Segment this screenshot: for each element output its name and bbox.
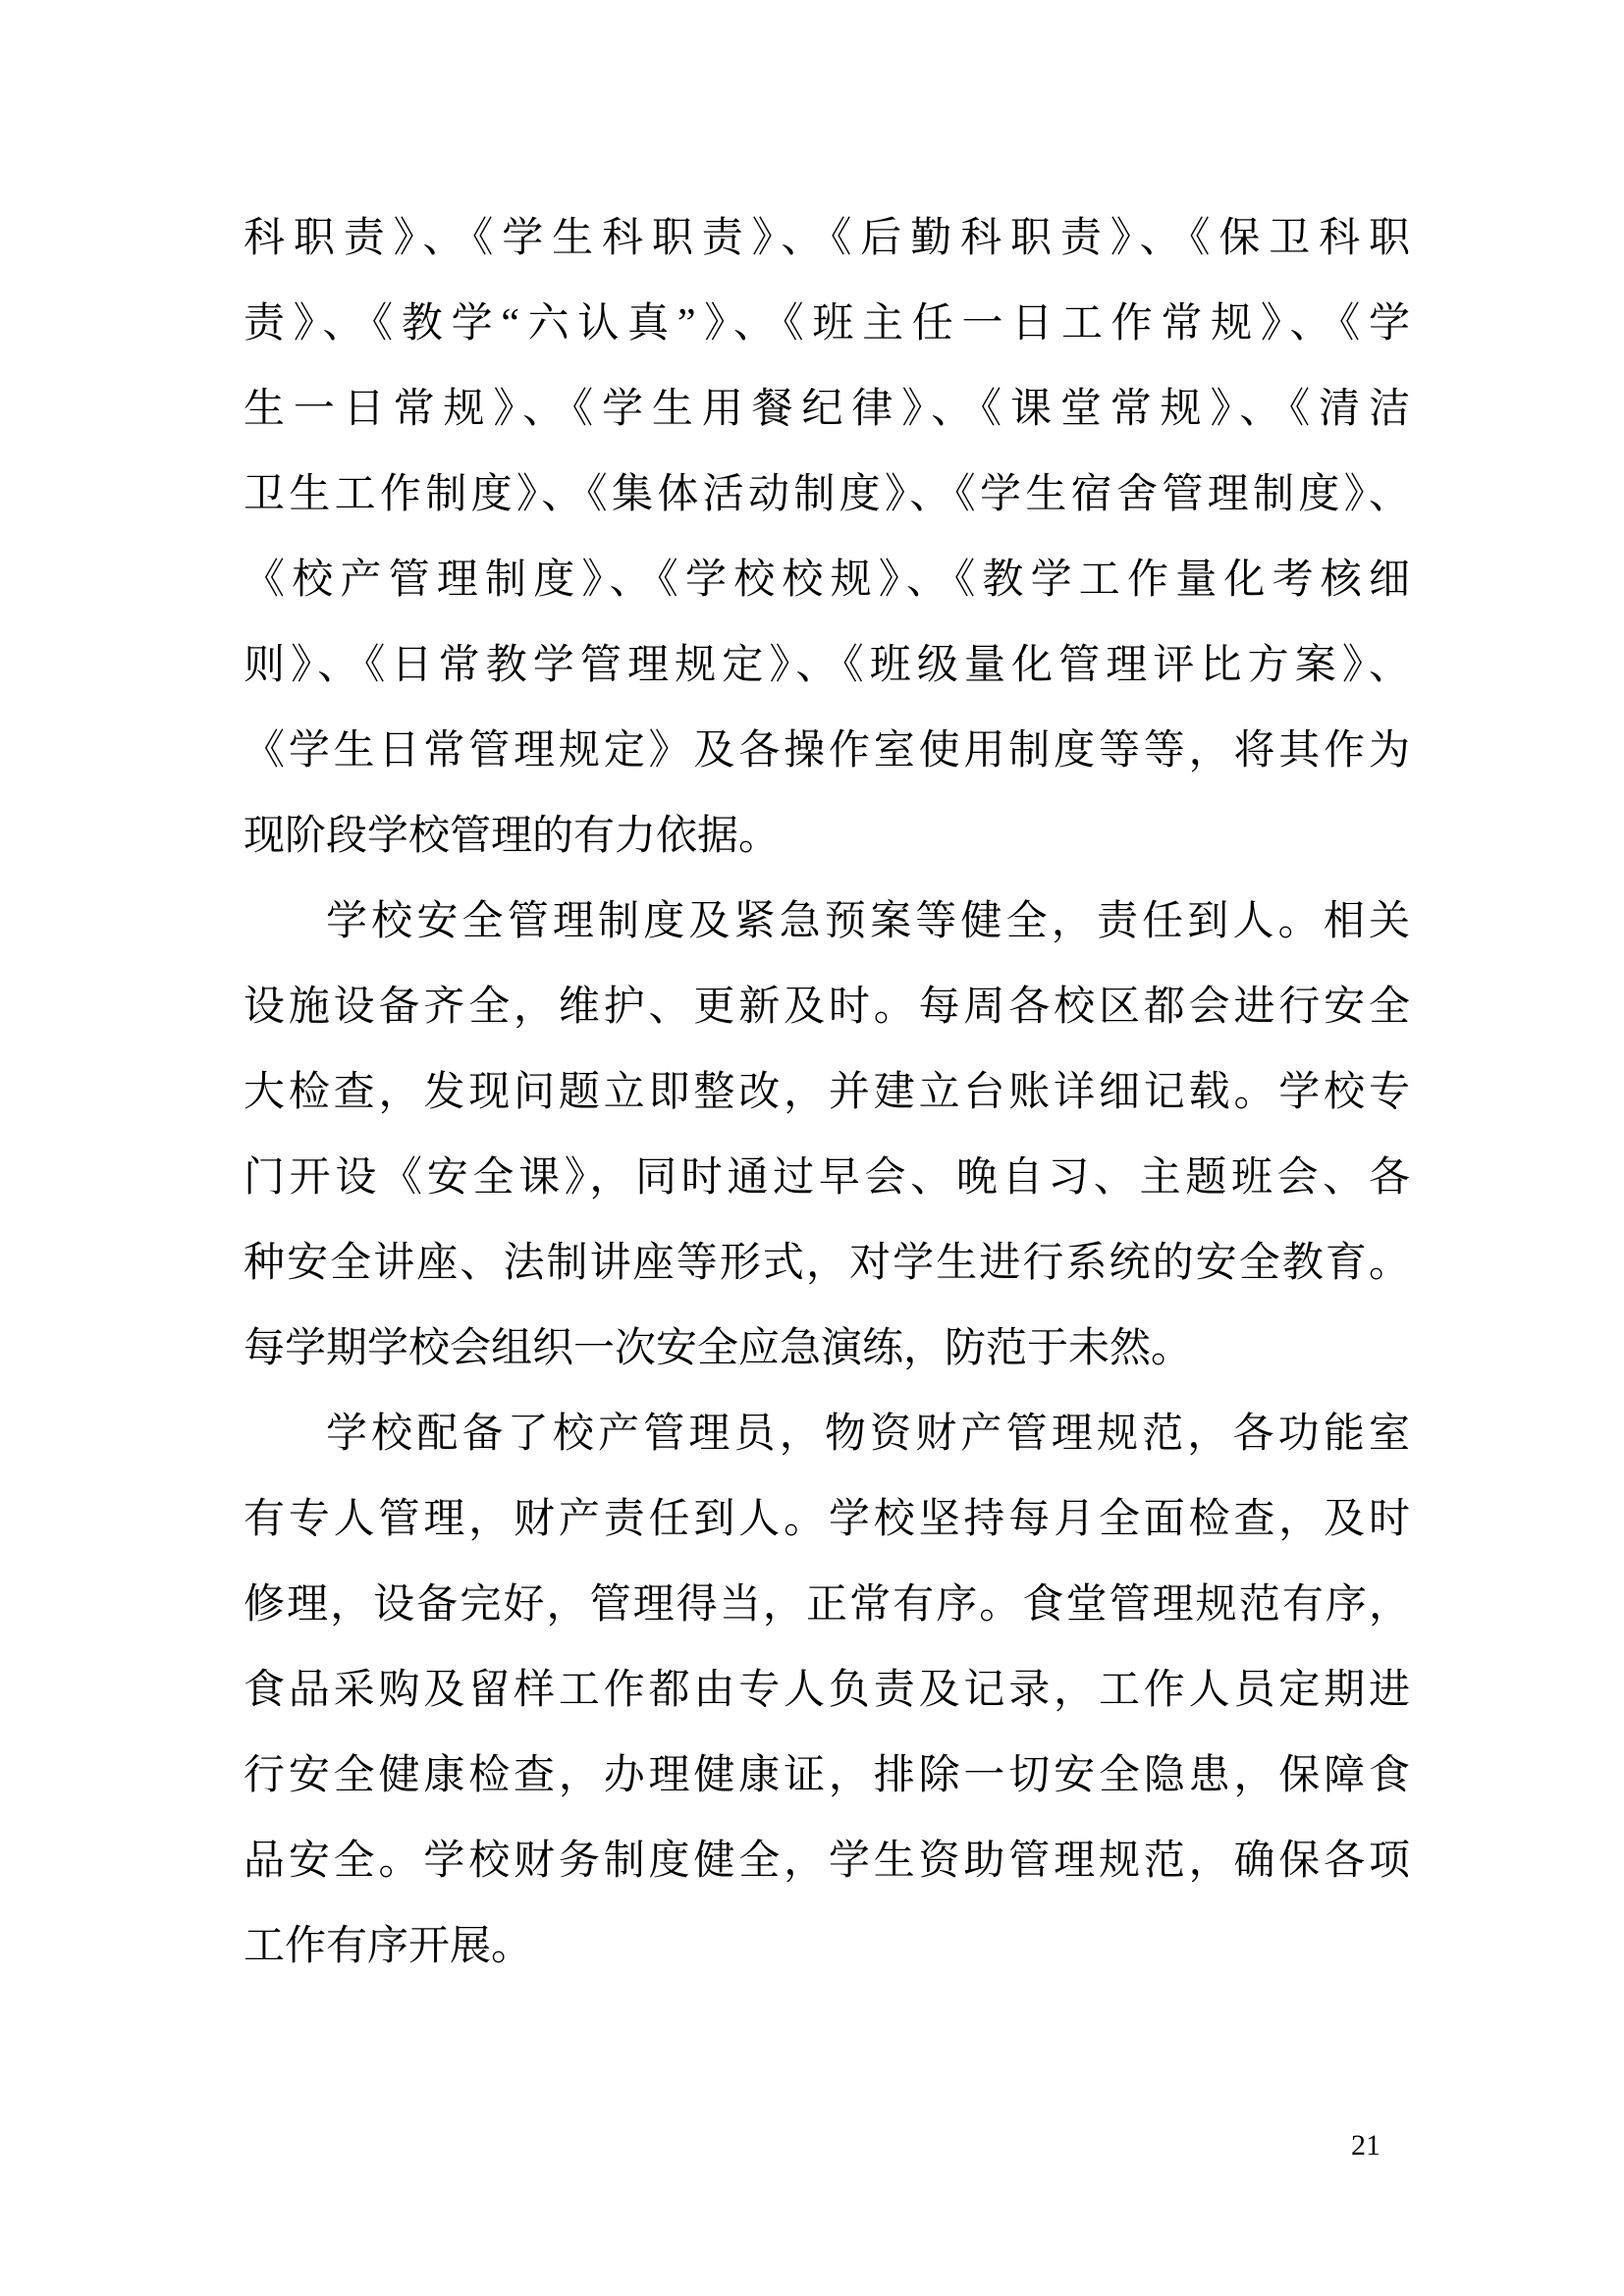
document-page: 科职责》、《学生科职责》、《后勤科职责》、《保卫科职 责》、《教学“六认真”》、… <box>0 0 1624 2296</box>
text-line: 学校安全管理制度及紧急预案等健全，责任到人。相关 <box>244 880 1410 965</box>
page-number: 21 <box>1351 2130 1380 2162</box>
text-line: 《校产管理制度》、《学校校规》、《教学工作量化考核细 <box>244 538 1410 623</box>
text-line: 设施设备齐全，维护、更新及时。每周各校区都会进行安全 <box>244 965 1410 1050</box>
text-line: 种安全讲座、法制讲座等形式，对学生进行系统的安全教育。 <box>244 1221 1410 1307</box>
paragraph: 学校安全管理制度及紧急预案等健全，责任到人。相关 设施设备齐全，维护、更新及时。… <box>244 880 1410 1392</box>
paragraph: 学校配备了校产管理员，物资财产管理规范，各功能室 有专人管理，财产责任到人。学校… <box>244 1392 1410 1990</box>
text-line: 食品采购及留样工作都由专人负责及记录，工作人员定期进 <box>244 1648 1410 1734</box>
text-line: 《学生日常管理规定》及各操作室使用制度等等，将其作为 <box>244 709 1410 794</box>
text-line: 学校配备了校产管理员，物资财产管理规范，各功能室 <box>244 1392 1410 1477</box>
text-line: 生一日常规》、《学生用餐纪律》、《课堂常规》、《清洁 <box>244 367 1410 453</box>
text-line: 每学期学校会组织一次安全应急演练，防范于未然。 <box>244 1307 1410 1392</box>
text-line: 品安全。学校财务制度健全，学生资助管理规范，确保各项 <box>244 1819 1410 1904</box>
paragraph: 科职责》、《学生科职责》、《后勤科职责》、《保卫科职 责》、《教学“六认真”》、… <box>244 196 1410 880</box>
text-line: 卫生工作制度》、《集体活动制度》、《学生宿舍管理制度》、 <box>244 453 1410 538</box>
text-line: 修理，设备完好，管理得当，正常有序。食堂管理规范有序， <box>244 1563 1410 1648</box>
text-line: 工作有序开展。 <box>244 1904 1410 1990</box>
text-line: 门开设《安全课》，同时通过早会、晚自习、主题班会、各 <box>244 1136 1410 1221</box>
text-line: 大检查，发现问题立即整改，并建立台账详细记载。学校专 <box>244 1050 1410 1136</box>
text-line: 现阶段学校管理的有力依据。 <box>244 794 1410 880</box>
text-line: 行安全健康检查，办理健康证，排除一切安全隐患，保障食 <box>244 1734 1410 1819</box>
text-line: 有专人管理，财产责任到人。学校坚持每月全面检查，及时 <box>244 1477 1410 1563</box>
text-line: 责》、《教学“六认真”》、《班主任一日工作常规》、《学 <box>244 282 1410 367</box>
text-line: 则》、《日常教学管理规定》、《班级量化管理评比方案》、 <box>244 623 1410 709</box>
text-line: 科职责》、《学生科职责》、《后勤科职责》、《保卫科职 <box>244 196 1410 282</box>
body-text: 科职责》、《学生科职责》、《后勤科职责》、《保卫科职 责》、《教学“六认真”》、… <box>244 196 1410 1990</box>
